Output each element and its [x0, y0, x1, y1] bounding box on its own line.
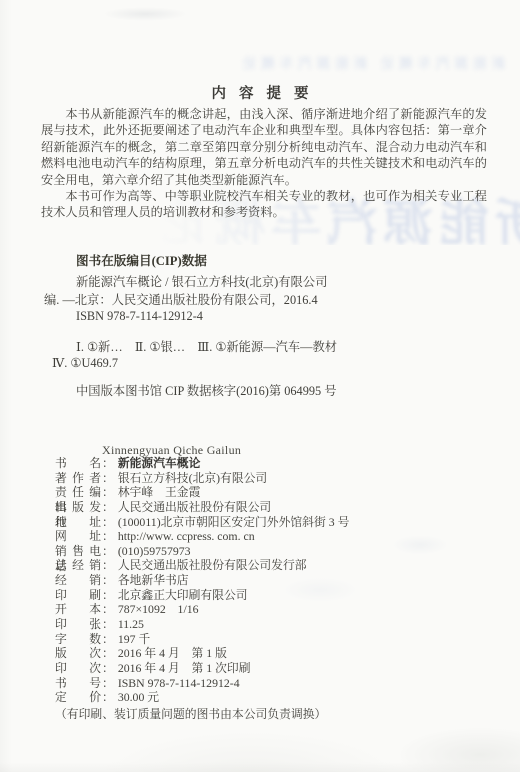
- colophon-value: 197 千: [118, 632, 485, 647]
- content-summary-heading: 内容提要: [0, 82, 520, 103]
- colophon-label: 定价: [55, 690, 101, 705]
- bleed-band-text: 新能源汽车概论: [376, 56, 506, 70]
- colophon-value: 北京鑫正大印刷有限公司: [118, 588, 485, 603]
- colophon-row: 定价 ： 30.00 元: [55, 690, 485, 705]
- summary-paragraph-2: 本书可作为高等、中等职业院校汽车相关专业的教材，也可作为相关专业工程技术人员和管…: [41, 188, 487, 221]
- colophon-label: 著作者: [55, 471, 101, 486]
- colophon-row: 出版发行 ： 人民交通出版社股份有限公司: [55, 500, 485, 515]
- colophon-row: 地址 ： (100011)北京市朝阳区安定门外外馆斜街 3 号: [55, 515, 485, 530]
- colophon-colon: ：: [102, 456, 114, 471]
- colophon-value: 银石立方科技(北京)有限公司: [118, 471, 485, 486]
- colophon-row: 书名 ： 新能源汽车概论: [55, 456, 485, 471]
- cip-isbn-line: ISBN 978-7-114-12912-4: [76, 309, 203, 324]
- colophon-row: 书号 ： ISBN 978-7-114-12912-4: [55, 676, 485, 691]
- colophon-row: 印张 ： 11.25: [55, 617, 485, 632]
- colophon-value: 787×1092 1/16: [118, 602, 485, 617]
- colophon-colon: ：: [102, 617, 114, 632]
- colophon-value: 2016 年 4 月 第 1 版: [118, 646, 485, 661]
- colophon-value: 新能源汽车概论: [118, 456, 485, 471]
- bleed-band-text-2: 新能源汽车概论: [238, 56, 368, 70]
- colophon-colon: ：: [102, 661, 114, 676]
- colophon-row: 印刷 ： 北京鑫正大印刷有限公司: [55, 588, 485, 603]
- colophon-value: http://www. ccpress. com. cn: [118, 529, 485, 544]
- colophon-colon: ：: [102, 500, 114, 515]
- colophon-colon: ：: [102, 632, 114, 647]
- summary-paragraph-1: 本书从新能源汽车的概念讲起，由浅入深、循序渐进地介绍了新能源汽车的发展与技术，此…: [41, 106, 487, 188]
- book-copyright-page: { "ghosts": { "band": "新能源汽车概论", "title"…: [0, 0, 520, 772]
- colophon-row: 总经销 ： 人民交通出版社股份有限公司发行部: [55, 558, 485, 573]
- colophon-value: 林宇峰 王金霞: [118, 485, 485, 500]
- colophon-label: 字数: [55, 632, 101, 647]
- colophon-colon: ：: [102, 602, 114, 617]
- colophon-label: 印张: [55, 617, 101, 632]
- colophon-colon: ：: [102, 471, 114, 486]
- colophon-colon: ：: [102, 573, 114, 588]
- colophon-row: 著作者 ： 银石立方科技(北京)有限公司: [55, 471, 485, 486]
- colophon-label: 地址: [55, 515, 101, 530]
- colophon-label: 经销: [55, 573, 101, 588]
- colophon-label: 版次: [55, 646, 101, 661]
- colophon-value: 30.00 元: [118, 690, 485, 705]
- cip-classification-line2: Ⅳ. ①U469.7: [52, 356, 118, 371]
- colophon-colon: ：: [102, 558, 114, 573]
- colophon-value: 人民交通出版社股份有限公司发行部: [118, 558, 485, 573]
- colophon-colon: ：: [102, 690, 114, 705]
- colophon-rows: 书名 ： 新能源汽车概论 著作者 ： 银石立方科技(北京)有限公司 责任编辑 ：…: [55, 456, 485, 705]
- colophon-label: 总经销: [55, 558, 101, 573]
- colophon-value: 各地新华书店: [118, 573, 485, 588]
- bleed-through-text-band: 新能源汽车概论 新能源汽车概论: [233, 52, 505, 70]
- colophon-label: 书号: [55, 676, 101, 691]
- colophon-colon: ：: [102, 646, 114, 661]
- colophon-value: (010)59757973: [118, 544, 485, 559]
- colophon-row: 销售电话 ： (010)59757973: [55, 544, 485, 559]
- colophon-row: 责任编辑 ： 林宇峰 王金霞: [55, 485, 485, 500]
- colophon-value: ISBN 978-7-114-12912-4: [118, 676, 485, 691]
- colophon-row: 开本 ： 787×1092 1/16: [55, 602, 485, 617]
- colophon-colon: ：: [102, 515, 114, 530]
- colophon-value: (100011)北京市朝阳区安定门外外馆斜街 3 号: [118, 515, 485, 530]
- colophon-value: 11.25: [118, 617, 485, 632]
- cip-classification-line1: Ⅰ. ①新… Ⅱ. ①银… Ⅲ. ①新能源—汽车—教材: [76, 337, 337, 355]
- colophon-value: 人民交通出版社股份有限公司: [118, 500, 485, 515]
- cip-header: 图书在版编目(CIP)数据: [76, 250, 207, 269]
- colophon-row: 字数 ： 197 千: [55, 632, 485, 647]
- cip-entry-line2: 编. —北京：人民交通出版社股份有限公司，2016.4: [44, 290, 318, 308]
- colophon-colon: ：: [102, 676, 114, 691]
- colophon-value: 2016 年 4 月 第 1 次印刷: [118, 661, 485, 676]
- colophon-label: 书名: [55, 456, 101, 471]
- content-summary-body: 本书从新能源汽车的概念讲起，由浅入深、循序渐进地介绍了新能源汽车的发展与技术，此…: [41, 106, 487, 221]
- colophon-label: 印次: [55, 661, 101, 676]
- colophon-colon: ：: [102, 588, 114, 603]
- colophon-colon: ：: [102, 529, 114, 544]
- cip-record-number-line: 中国版本图书馆 CIP 数据核字(2016)第 064995 号: [76, 381, 337, 399]
- colophon-colon: ：: [102, 485, 114, 500]
- quality-note-line: （有印刷、装订质量问题的图书由本公司负责调换）: [55, 705, 326, 722]
- colophon-label: 开本: [55, 602, 101, 617]
- colophon-label: 印刷: [55, 588, 101, 603]
- colophon-label: 网址: [55, 529, 101, 544]
- cip-entry-line1: 新能源汽车概论 / 银石立方科技(北京)有限公司: [76, 272, 327, 290]
- colophon-row: 版次 ： 2016 年 4 月 第 1 版: [55, 646, 485, 661]
- colophon-row: 印次 ： 2016 年 4 月 第 1 次印刷: [55, 661, 485, 676]
- colophon-row: 经销 ： 各地新华书店: [55, 573, 485, 588]
- colophon-row: 网址 ： http://www. ccpress. com. cn: [55, 529, 485, 544]
- colophon-colon: ：: [102, 544, 114, 559]
